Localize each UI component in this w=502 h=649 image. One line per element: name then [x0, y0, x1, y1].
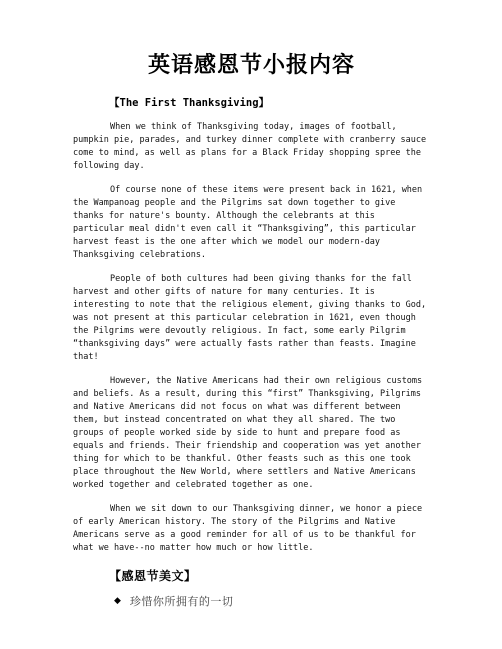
- page-title: 英语感恩节小报内容: [73, 48, 430, 79]
- section-heading-first-thanksgiving: 【The First Thanksgiving】: [109, 97, 430, 110]
- paragraph-both-cultures: People of both cultures had been giving …: [73, 273, 430, 364]
- paragraph-sit-down-to-dinner: When we sit down to our Thanksgiving din…: [73, 503, 430, 555]
- paragraph-thanksgiving-today: When we think of Thanksgiving today, ima…: [73, 121, 430, 173]
- paragraph-native-americans-customs: However, the Native Americans had their …: [73, 375, 430, 492]
- diamond-bullet-icon: ◆: [114, 596, 121, 606]
- bullet-text-cherish: 珍惜你所拥有的一切: [130, 593, 234, 609]
- document-content: 英语感恩节小报内容 【The First Thanksgiving】 When …: [0, 48, 502, 609]
- list-item: ◆ 珍惜你所拥有的一切: [114, 593, 430, 609]
- section-heading-thanksgiving-essay: 【感恩节美文】: [109, 570, 430, 583]
- document-page: 英语感恩节小报内容 【The First Thanksgiving】 When …: [0, 0, 502, 649]
- paragraph-back-in-1621: Of course none of these items were prese…: [73, 184, 430, 262]
